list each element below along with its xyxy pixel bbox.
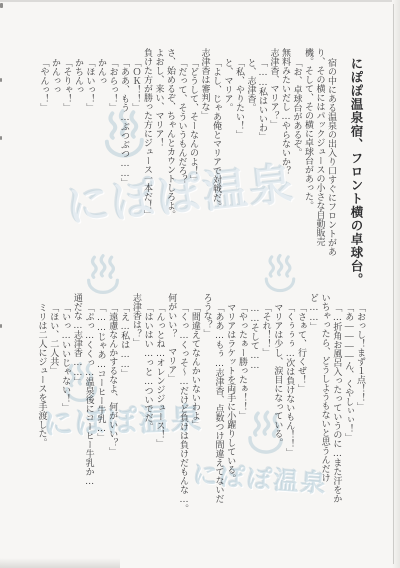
text-column: 「やんっ！」 [38,48,50,293]
text-column: かんっ [96,48,108,293]
text-column: 「どうして、そーなんのよ！」 [188,48,200,293]
text-column: 「やったぁー勝ったぁ！！」 [236,293,248,565]
text-column: ど……」 [307,293,319,565]
text-column: 通だな…志津香……」 [71,293,83,565]
text-column: 「んっとね…オレンジジュース！」 [154,293,166,565]
text-column: 「おらっ！」 [107,48,119,293]
text-column: かちんっ [73,48,85,293]
text-column: マリアはラケットを両手に小躍りしている。 [224,293,236,565]
text-column: 「だって、そういうもんだろ？ [176,48,188,293]
text-column: ミリは二人にジュースを手渡した。 [36,293,48,565]
text-column: 「ＯＫ！！」 [130,48,142,293]
text-column: 「ああ…もぅ…志津香、点数つけ間違えてないだ [213,293,225,565]
scan-speck [0,136,2,140]
text-column: と、マリア。 [222,48,234,293]
novel-page: にぽぽ温泉 にぽぽ温泉 にぽぽ温泉 にぽぽ温泉宿、フロント横の卓球台。 宿の中に… [0,0,400,568]
text-column: 「私、やりたい！」 [234,48,246,293]
text-column: 志津香は？」 [130,293,142,565]
text-column: 「お、卓球台があるぞ。 [291,48,303,293]
page-bottom-shadow [0,558,120,568]
text-column: 「おっし！まず１点！！」 [354,293,366,565]
chapter-title: にぽぽ温泉宿、フロント横の卓球台。 [344,48,368,293]
text-column: よおし、来い、マリア！ [153,48,165,293]
text-column: 機。そして、その横に卓球台があった。 [303,48,315,293]
text-column: 「ああ、もう…ぶつぶつ……」 [119,48,131,293]
text-column: 「間違えてなんかいないわよ」 [189,293,201,565]
text-column: 「くぅぅぅ…次は負けないもん！！」 [283,293,295,565]
scan-speck [0,3,3,8]
text-column: 「くっ…くっそ〜…だけど負けは負けだもんな…。 [177,293,189,565]
text-column: さ、始めるぞ、ちゃんとカウントしろよ。 [165,48,177,293]
text-column: ……そして…… [248,293,260,565]
text-column: いちゃったら、どうしようもないと思うんだけ [319,293,331,565]
text-column: 「さぁて、行くぜ！」 [295,293,307,565]
text-column: 「……私はいいわ」 [257,48,269,293]
text-column: 「……じゃあ…コーヒー牛乳…」 [95,293,107,565]
text-column: 「そりゃ！」 [61,48,73,293]
bottom-text-block: 「おっし！まず１点！！」 「あ――――ん、くやしぃぃ！」 「…折角お風呂入ったっ… [36,293,366,565]
text-column: 「ぷっ…くくっ…温泉後にコーヒー牛乳か… [83,293,95,565]
text-column: 「ほい、二人共」 [47,293,59,565]
text-column: 「ほいっ！」 [84,48,96,293]
page-top-edge [0,0,400,2]
text-column: 「…折角お風呂入ったっていうのに…また汗をか [331,293,343,565]
text-column: かんっっ [50,48,62,293]
text-column: 無料みたいだし…やらないか？ [280,48,292,293]
text-column: 「いっ…いいじゃない！」 [59,293,71,565]
scan-speck [0,78,2,82]
text-column: 志津香、マリア？」 [268,48,280,293]
text-column: 「それ！！」 [260,293,272,565]
text-column: マリアは少し、涙目になっている。 [272,293,284,565]
text-column: 「遠慮なんかするなよ、何がいい？」 [106,293,118,565]
text-column: り、その横にはパックジュースの小さな自動販売 [314,48,326,293]
scan-speck [0,324,2,328]
text-column: 「え…私は……」 [118,293,130,565]
text-column: 宿の中にある温泉の出入り口すぐにフロントがあ [326,48,338,293]
text-column: 「あ――――ん、くやしぃぃ！」 [342,293,354,565]
text-column: 「はいはい…っと…ついでだ。 [142,293,154,565]
text-column: 負けた方が勝った方にジュース一本だ！」 [142,48,154,293]
text-column: 何がいい？ マリア」 [165,293,177,565]
text-column: 「よし、じゃあ俺とマリアで対戦だ。 [211,48,223,293]
page-right-edge-line [393,4,394,564]
text-column: ろうな？」 [201,293,213,565]
text-column: と、志津香。 [245,48,257,293]
top-text-block: にぽぽ温泉宿、フロント横の卓球台。 宿の中にある温泉の出入り口すぐにフロントがあ… [38,48,368,293]
text-column: 志津香は審判な」 [199,48,211,293]
